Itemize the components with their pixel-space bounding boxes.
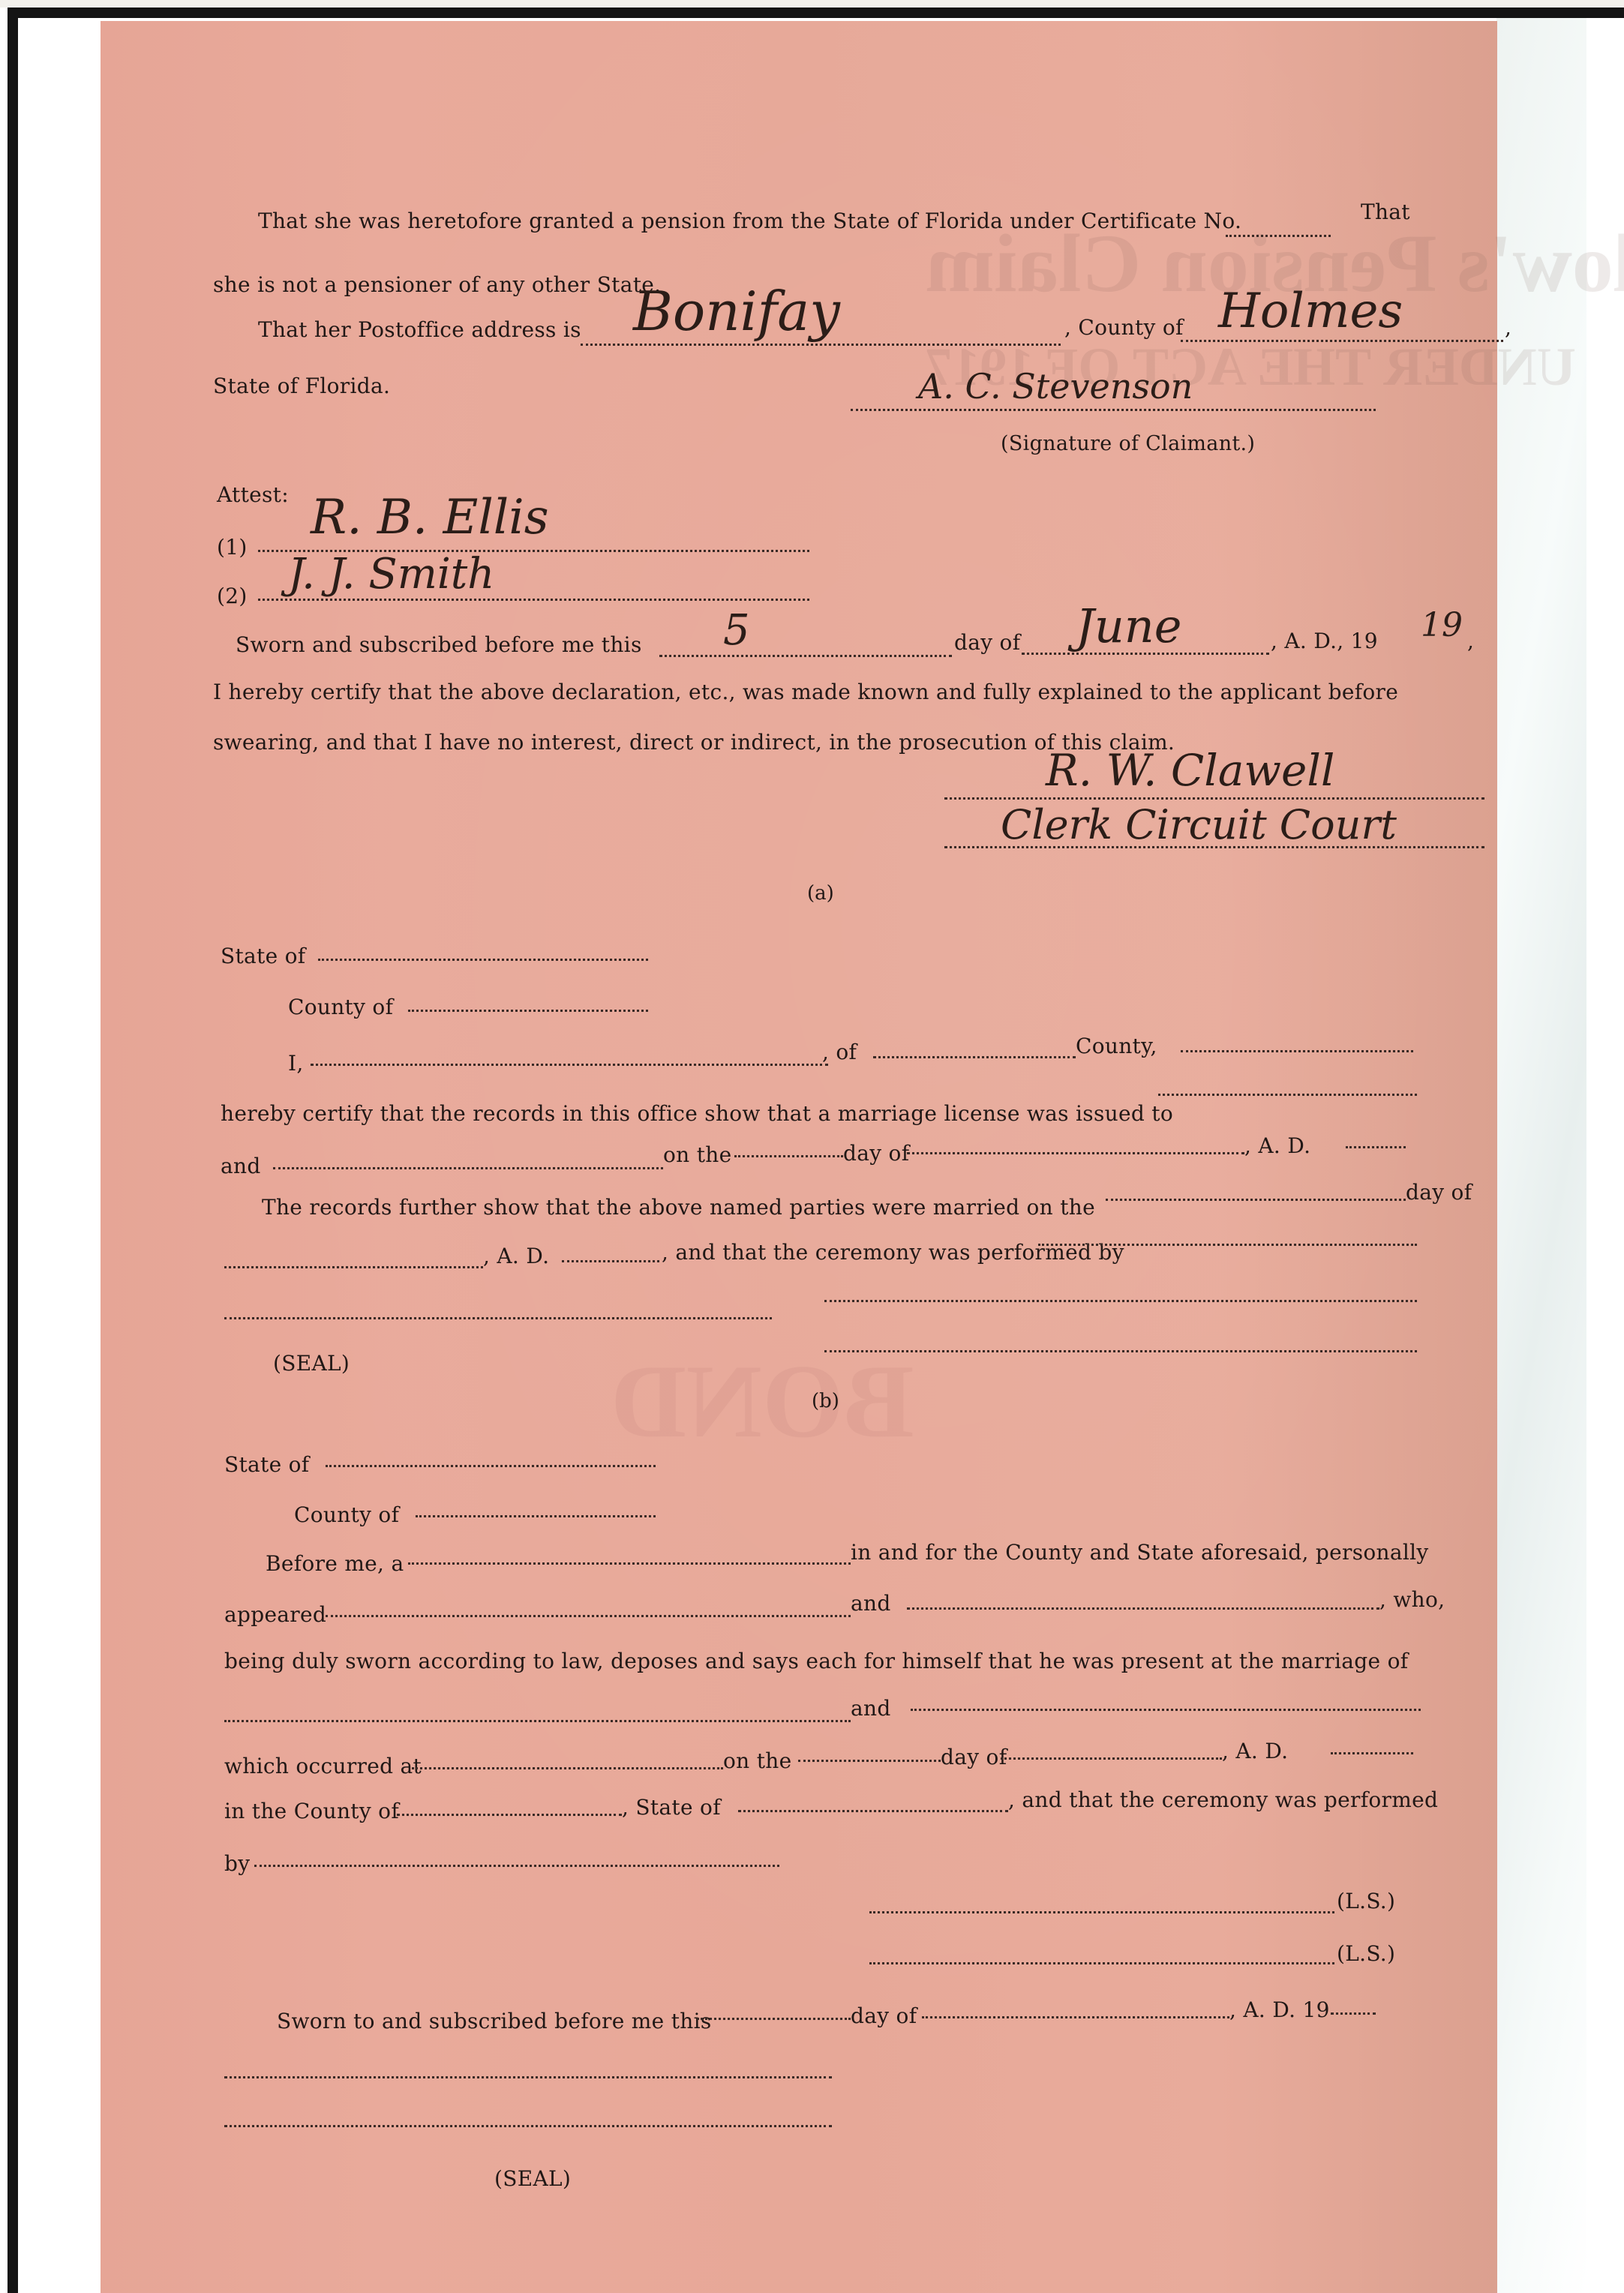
section-a-officiant-field[interactable] bbox=[1038, 1244, 1417, 1246]
scan-border-top bbox=[0, 0, 1624, 8]
not-pensioner-line: she is not a pensioner of any other Stat… bbox=[213, 272, 661, 297]
certification-line-1: I hereby certify that the above declarat… bbox=[213, 680, 1398, 704]
section-b-ad: , A. D. bbox=[1222, 1739, 1288, 1763]
section-b-jurat-month-field[interactable] bbox=[922, 2016, 1229, 2018]
section-b-county-of: County of bbox=[294, 1502, 399, 1527]
state-of-florida: State of Florida. bbox=[213, 374, 390, 398]
section-b-month-field[interactable] bbox=[1001, 1757, 1222, 1760]
section-a-state-field[interactable] bbox=[318, 959, 648, 961]
section-a-label: (a) bbox=[807, 882, 834, 905]
section-b-state-of: State of bbox=[224, 1452, 309, 1477]
section-b-state-field[interactable] bbox=[326, 1465, 656, 1467]
section-b-state-of2: , State of bbox=[622, 1795, 721, 1820]
official-title: Clerk Circuit Court bbox=[1001, 801, 1397, 848]
document-page: Widow's Pension Claim UNDER THE ACT OF 1… bbox=[101, 21, 1497, 2293]
claimant-caption: (Signature of Claimant.) bbox=[1001, 432, 1255, 455]
section-a-records-line: The records further show that the above … bbox=[262, 1195, 1095, 1220]
section-a-county-name-field[interactable] bbox=[873, 1056, 1076, 1058]
county-field[interactable] bbox=[1181, 340, 1503, 342]
section-b-jurat-ad: , A. D. 19 bbox=[1229, 1997, 1330, 2022]
section-b-jurat-year-field[interactable] bbox=[1331, 2012, 1376, 2015]
official-signature: R. W. Clawell bbox=[1046, 745, 1334, 796]
section-b-witness-1-field[interactable] bbox=[326, 1615, 851, 1617]
section-a-signature-line-right-2[interactable] bbox=[824, 1350, 1417, 1352]
section-a-year-field[interactable] bbox=[1346, 1146, 1406, 1148]
section-b-county-name-field[interactable] bbox=[397, 1814, 622, 1816]
witness-1-signature: R. B. Ellis bbox=[311, 490, 549, 545]
section-b-officer-signature-line-2[interactable] bbox=[224, 2125, 832, 2127]
section-a-month-field[interactable] bbox=[907, 1152, 1244, 1154]
section-a-i: I, bbox=[288, 1051, 304, 1076]
section-b-place-field[interactable] bbox=[412, 1767, 723, 1769]
section-a-day-field[interactable] bbox=[734, 1155, 843, 1157]
section-a-married-year-field[interactable] bbox=[562, 1260, 659, 1262]
section-b-ls-2-line[interactable] bbox=[869, 1962, 1334, 1964]
witness-2-signature: J. J. Smith bbox=[288, 550, 494, 599]
jurat-day-of: day of bbox=[954, 630, 1020, 655]
section-a-and-field[interactable] bbox=[273, 1167, 663, 1169]
section-b-in-county: in the County of bbox=[224, 1799, 399, 1823]
witness-2-num: (2) bbox=[217, 584, 248, 608]
postoffice-label: That her Postoffice address is bbox=[258, 317, 581, 342]
section-a-records-day-of: day of bbox=[1406, 1180, 1472, 1205]
section-a-license-to-field[interactable] bbox=[1158, 1094, 1417, 1096]
section-b-in-and-for: in and for the County and State aforesai… bbox=[851, 1540, 1429, 1565]
section-b-seal: (SEAL) bbox=[494, 2166, 571, 2191]
jurat-day-field[interactable] bbox=[659, 655, 952, 657]
section-b-on-the: on the bbox=[723, 1748, 791, 1773]
section-a-name-field[interactable] bbox=[311, 1064, 828, 1066]
section-a-married-day-field[interactable] bbox=[1106, 1199, 1406, 1201]
scan-margin bbox=[18, 18, 101, 2293]
official-signature-line[interactable] bbox=[944, 797, 1484, 800]
section-b-day-field[interactable] bbox=[798, 1760, 941, 1762]
section-a-county-field[interactable] bbox=[408, 1010, 648, 1012]
section-b-county-field[interactable] bbox=[416, 1515, 656, 1517]
section-a-signature-line-right-1[interactable] bbox=[824, 1300, 1417, 1302]
section-b-label: (b) bbox=[812, 1390, 839, 1412]
section-b-party-1-field[interactable] bbox=[224, 1720, 851, 1722]
witness-2-line[interactable] bbox=[258, 599, 809, 601]
section-b-jurat-day-field[interactable] bbox=[697, 2018, 851, 2020]
section-b-officer-field[interactable] bbox=[408, 1562, 851, 1565]
attest-label: Attest: bbox=[217, 482, 289, 507]
section-a-signature-line-left[interactable] bbox=[224, 1317, 772, 1319]
section-b-ceremony: , and that the ceremony was performed bbox=[1008, 1787, 1438, 1812]
section-b-which-occurred: which occurred at bbox=[224, 1754, 422, 1778]
section-b-jurat-prefix: Sworn to and subscribed before me this bbox=[277, 2009, 712, 2033]
county-label: , County of bbox=[1064, 315, 1184, 340]
postoffice-value: Bonifay bbox=[633, 280, 840, 343]
section-a-certify-line: hereby certify that the records in this … bbox=[221, 1101, 1173, 1126]
section-b-ls-1: (L.S.) bbox=[1337, 1889, 1395, 1913]
section-b-appeared: appeared bbox=[224, 1602, 326, 1627]
section-b-ls-1-line[interactable] bbox=[869, 1911, 1334, 1913]
certificate-no-field[interactable] bbox=[1226, 235, 1331, 237]
section-b-officer-signature-line-1[interactable] bbox=[224, 2076, 832, 2078]
bleed-through-bond: BOND bbox=[611, 1341, 914, 1462]
section-b-year-field[interactable] bbox=[1331, 1752, 1413, 1754]
section-a-state-of: State of bbox=[221, 944, 305, 968]
section-a-county: County, bbox=[1076, 1034, 1157, 1058]
claimant-signature: A. C. Stevenson bbox=[918, 366, 1193, 407]
section-b-by: by bbox=[224, 1851, 250, 1876]
section-b-and2: and bbox=[851, 1696, 891, 1721]
section-b-and: and bbox=[851, 1591, 891, 1616]
section-a-on-the: on the bbox=[663, 1142, 731, 1167]
section-b-officiant-field[interactable] bbox=[254, 1865, 779, 1867]
county-comma: , bbox=[1505, 315, 1511, 340]
jurat-year-value: 19 bbox=[1421, 606, 1463, 644]
jurat-month-value: June bbox=[1076, 599, 1181, 653]
section-b-before-me: Before me, a bbox=[266, 1551, 404, 1576]
section-a-county-of: County of bbox=[288, 995, 393, 1019]
section-a-married-month-field[interactable] bbox=[224, 1266, 483, 1268]
jurat-prefix: Sworn and subscribed before me this bbox=[236, 632, 642, 657]
section-b-who: , who, bbox=[1379, 1587, 1445, 1612]
section-a-ad2: , A. D. bbox=[483, 1244, 549, 1268]
county-value: Holmes bbox=[1218, 284, 1403, 339]
section-a-county-extra-field[interactable] bbox=[1181, 1050, 1413, 1052]
section-b-witness-2-field[interactable] bbox=[907, 1607, 1379, 1610]
section-b-ls-2: (L.S.) bbox=[1337, 1941, 1395, 1966]
section-a-day-of: day of bbox=[843, 1141, 909, 1166]
jurat-day-value: 5 bbox=[723, 606, 750, 655]
jurat-ad: , A. D., 19 bbox=[1271, 629, 1378, 653]
certificate-line: That she was heretofore granted a pensio… bbox=[258, 209, 1241, 233]
jurat-comma: , bbox=[1467, 629, 1474, 653]
section-b-sworn-line: being duly sworn according to law, depos… bbox=[224, 1649, 1408, 1673]
scan-border-left bbox=[8, 8, 18, 2293]
section-b-day-of: day of bbox=[941, 1745, 1007, 1769]
section-b-state-name-field[interactable] bbox=[738, 1810, 1008, 1812]
section-a-of: , of bbox=[822, 1040, 857, 1064]
claimant-signature-line[interactable] bbox=[851, 409, 1376, 411]
section-a-ad: , A. D. bbox=[1244, 1133, 1310, 1158]
certification-line-2: swearing, and that I have no interest, d… bbox=[213, 730, 1175, 755]
section-a-and: and bbox=[221, 1154, 261, 1178]
postoffice-field[interactable] bbox=[581, 344, 1061, 346]
section-b-jurat-day-of: day of bbox=[851, 2003, 917, 2028]
scan-border-bar bbox=[8, 8, 1624, 18]
section-b-party-2-field[interactable] bbox=[911, 1709, 1421, 1711]
section-a-seal: (SEAL) bbox=[273, 1351, 350, 1376]
witness-1-num: (1) bbox=[217, 535, 248, 560]
certificate-line-suffix: That bbox=[1361, 200, 1410, 224]
